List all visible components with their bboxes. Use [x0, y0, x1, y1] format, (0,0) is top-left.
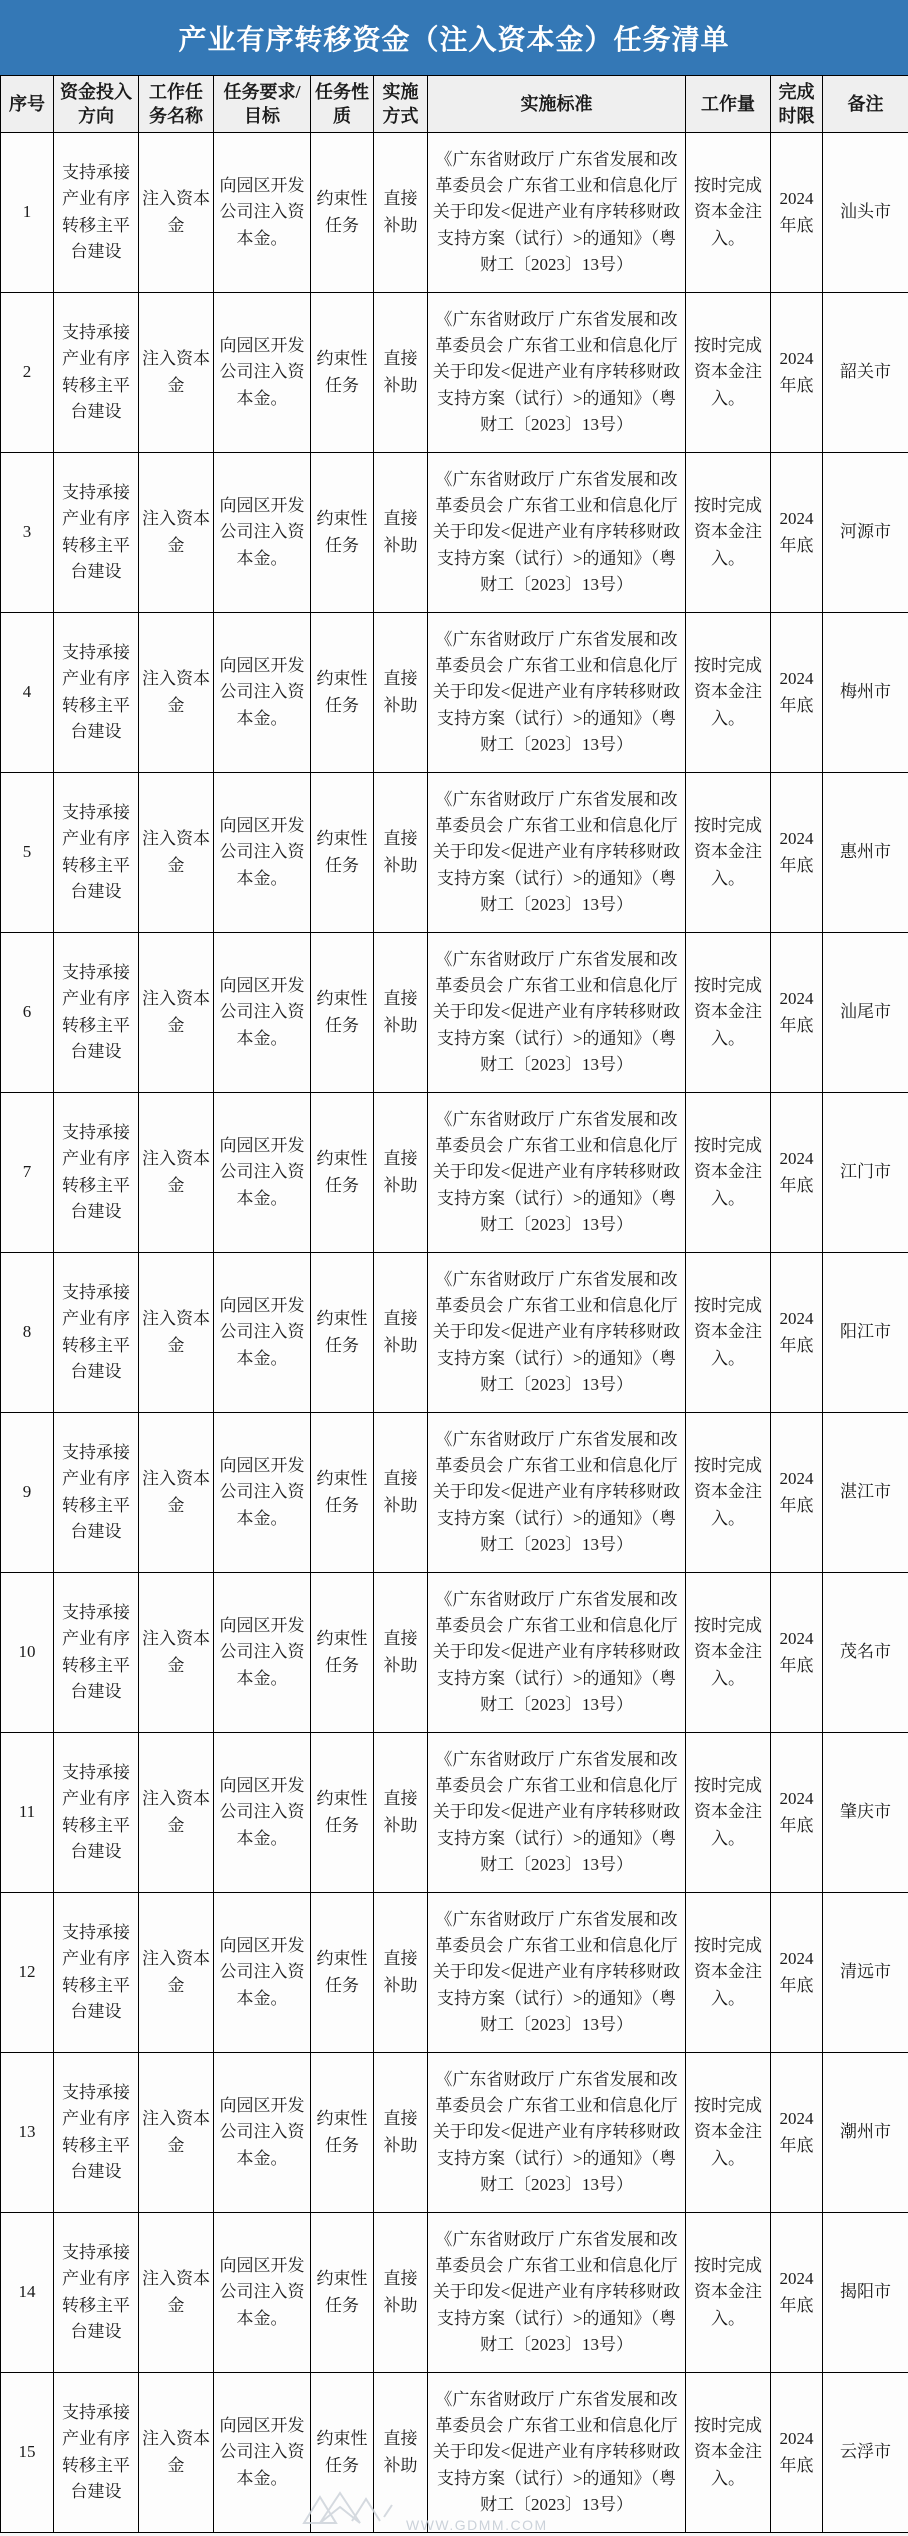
cell-direction: 支持承接产业有序转移主平台建设 — [54, 933, 139, 1093]
cell-goal: 向园区开发公司注入资本金。 — [214, 1733, 311, 1893]
cell-direction: 支持承接产业有序转移主平台建设 — [54, 1573, 139, 1733]
cell-deadline: 2024年底 — [771, 133, 823, 293]
cell-nature: 约束性任务 — [311, 1893, 374, 2053]
cell-goal: 向园区开发公司注入资本金。 — [214, 1413, 311, 1573]
cell-workload: 按时完成资本金注入。 — [686, 773, 771, 933]
table-row: 5支持承接产业有序转移主平台建设注入资本金向园区开发公司注入资本金。约束性任务直… — [1, 773, 908, 933]
cell-direction: 支持承接产业有序转移主平台建设 — [54, 2213, 139, 2373]
cell-remark: 韶关市 — [823, 293, 908, 453]
cell-nature: 约束性任务 — [311, 773, 374, 933]
cell-standard: 《广东省财政厅 广东省发展和改革委员会 广东省工业和信息化厅关于印发<促进产业有… — [428, 1573, 686, 1733]
cell-workload: 按时完成资本金注入。 — [686, 1093, 771, 1253]
table-row: 2支持承接产业有序转移主平台建设注入资本金向园区开发公司注入资本金。约束性任务直… — [1, 293, 908, 453]
cell-index: 11 — [1, 1733, 54, 1893]
task-table: 序号资金投入方向工作任务名称任务要求/目标任务性质实施方式实施标准工作量完成时限… — [0, 75, 908, 2533]
cell-method: 直接补助 — [374, 2373, 428, 2533]
cell-standard: 《广东省财政厅 广东省发展和改革委员会 广东省工业和信息化厅关于印发<促进产业有… — [428, 1093, 686, 1253]
cell-nature: 约束性任务 — [311, 453, 374, 613]
cell-index: 10 — [1, 1573, 54, 1733]
cell-remark: 惠州市 — [823, 773, 908, 933]
cell-task_name: 注入资本金 — [139, 1253, 214, 1413]
cell-goal: 向园区开发公司注入资本金。 — [214, 2373, 311, 2533]
cell-standard: 《广东省财政厅 广东省发展和改革委员会 广东省工业和信息化厅关于印发<促进产业有… — [428, 133, 686, 293]
cell-workload: 按时完成资本金注入。 — [686, 1413, 771, 1573]
cell-goal: 向园区开发公司注入资本金。 — [214, 773, 311, 933]
column-header-nature: 任务性质 — [311, 76, 374, 133]
cell-deadline: 2024年底 — [771, 2213, 823, 2373]
cell-index: 14 — [1, 2213, 54, 2373]
cell-task_name: 注入资本金 — [139, 293, 214, 453]
cell-standard: 《广东省财政厅 广东省发展和改革委员会 广东省工业和信息化厅关于印发<促进产业有… — [428, 2373, 686, 2533]
cell-direction: 支持承接产业有序转移主平台建设 — [54, 293, 139, 453]
column-header-standard: 实施标准 — [428, 76, 686, 133]
cell-deadline: 2024年底 — [771, 1413, 823, 1573]
table-row: 7支持承接产业有序转移主平台建设注入资本金向园区开发公司注入资本金。约束性任务直… — [1, 1093, 908, 1253]
cell-standard: 《广东省财政厅 广东省发展和改革委员会 广东省工业和信息化厅关于印发<促进产业有… — [428, 2053, 686, 2213]
cell-nature: 约束性任务 — [311, 293, 374, 453]
cell-deadline: 2024年底 — [771, 773, 823, 933]
cell-index: 8 — [1, 1253, 54, 1413]
column-header-direction: 资金投入方向 — [54, 76, 139, 133]
cell-direction: 支持承接产业有序转移主平台建设 — [54, 2053, 139, 2213]
cell-deadline: 2024年底 — [771, 2053, 823, 2213]
cell-standard: 《广东省财政厅 广东省发展和改革委员会 广东省工业和信息化厅关于印发<促进产业有… — [428, 1413, 686, 1573]
table-row: 6支持承接产业有序转移主平台建设注入资本金向园区开发公司注入资本金。约束性任务直… — [1, 933, 908, 1093]
cell-deadline: 2024年底 — [771, 1253, 823, 1413]
cell-remark: 汕头市 — [823, 133, 908, 293]
document-page: 产业有序转移资金（注入资本金）任务清单 序号资金投入方向工作任务名称任务要求/目… — [0, 0, 908, 2536]
table-row: 15支持承接产业有序转移主平台建设注入资本金向园区开发公司注入资本金。约束性任务… — [1, 2373, 908, 2533]
cell-standard: 《广东省财政厅 广东省发展和改革委员会 广东省工业和信息化厅关于印发<促进产业有… — [428, 933, 686, 1093]
cell-standard: 《广东省财政厅 广东省发展和改革委员会 广东省工业和信息化厅关于印发<促进产业有… — [428, 1733, 686, 1893]
cell-method: 直接补助 — [374, 1573, 428, 1733]
cell-method: 直接补助 — [374, 1893, 428, 2053]
cell-deadline: 2024年底 — [771, 1733, 823, 1893]
cell-nature: 约束性任务 — [311, 2053, 374, 2213]
cell-remark: 江门市 — [823, 1093, 908, 1253]
cell-method: 直接补助 — [374, 1093, 428, 1253]
cell-remark: 阳江市 — [823, 1253, 908, 1413]
cell-index: 5 — [1, 773, 54, 933]
cell-nature: 约束性任务 — [311, 933, 374, 1093]
cell-workload: 按时完成资本金注入。 — [686, 1253, 771, 1413]
cell-nature: 约束性任务 — [311, 133, 374, 293]
cell-task_name: 注入资本金 — [139, 2373, 214, 2533]
table-row: 11支持承接产业有序转移主平台建设注入资本金向园区开发公司注入资本金。约束性任务… — [1, 1733, 908, 1893]
table-row: 4支持承接产业有序转移主平台建设注入资本金向园区开发公司注入资本金。约束性任务直… — [1, 613, 908, 773]
cell-remark: 清远市 — [823, 1893, 908, 2053]
cell-direction: 支持承接产业有序转移主平台建设 — [54, 613, 139, 773]
column-header-deadline: 完成时限 — [771, 76, 823, 133]
cell-remark: 汕尾市 — [823, 933, 908, 1093]
cell-direction: 支持承接产业有序转移主平台建设 — [54, 2373, 139, 2533]
cell-method: 直接补助 — [374, 133, 428, 293]
cell-task_name: 注入资本金 — [139, 2213, 214, 2373]
cell-remark: 梅州市 — [823, 613, 908, 773]
cell-remark: 云浮市 — [823, 2373, 908, 2533]
cell-standard: 《广东省财政厅 广东省发展和改革委员会 广东省工业和信息化厅关于印发<促进产业有… — [428, 613, 686, 773]
cell-direction: 支持承接产业有序转移主平台建设 — [54, 1253, 139, 1413]
cell-method: 直接补助 — [374, 293, 428, 453]
cell-task_name: 注入资本金 — [139, 773, 214, 933]
cell-remark: 河源市 — [823, 453, 908, 613]
column-header-remark: 备注 — [823, 76, 908, 133]
cell-remark: 揭阳市 — [823, 2213, 908, 2373]
cell-goal: 向园区开发公司注入资本金。 — [214, 1253, 311, 1413]
cell-direction: 支持承接产业有序转移主平台建设 — [54, 133, 139, 293]
cell-deadline: 2024年底 — [771, 1093, 823, 1253]
cell-standard: 《广东省财政厅 广东省发展和改革委员会 广东省工业和信息化厅关于印发<促进产业有… — [428, 2213, 686, 2373]
cell-goal: 向园区开发公司注入资本金。 — [214, 133, 311, 293]
cell-nature: 约束性任务 — [311, 1093, 374, 1253]
cell-goal: 向园区开发公司注入资本金。 — [214, 453, 311, 613]
cell-method: 直接补助 — [374, 1733, 428, 1893]
cell-method: 直接补助 — [374, 773, 428, 933]
cell-index: 15 — [1, 2373, 54, 2533]
cell-remark: 湛江市 — [823, 1413, 908, 1573]
column-header-index: 序号 — [1, 76, 54, 133]
cell-goal: 向园区开发公司注入资本金。 — [214, 1573, 311, 1733]
cell-direction: 支持承接产业有序转移主平台建设 — [54, 1093, 139, 1253]
cell-method: 直接补助 — [374, 2053, 428, 2213]
cell-nature: 约束性任务 — [311, 2213, 374, 2373]
cell-workload: 按时完成资本金注入。 — [686, 1733, 771, 1893]
column-header-method: 实施方式 — [374, 76, 428, 133]
cell-nature: 约束性任务 — [311, 1413, 374, 1573]
table-row: 10支持承接产业有序转移主平台建设注入资本金向园区开发公司注入资本金。约束性任务… — [1, 1573, 908, 1733]
cell-task_name: 注入资本金 — [139, 613, 214, 773]
cell-workload: 按时完成资本金注入。 — [686, 613, 771, 773]
cell-direction: 支持承接产业有序转移主平台建设 — [54, 1893, 139, 2053]
cell-task_name: 注入资本金 — [139, 1733, 214, 1893]
cell-index: 9 — [1, 1413, 54, 1573]
cell-standard: 《广东省财政厅 广东省发展和改革委员会 广东省工业和信息化厅关于印发<促进产业有… — [428, 1893, 686, 2053]
cell-direction: 支持承接产业有序转移主平台建设 — [54, 773, 139, 933]
cell-task_name: 注入资本金 — [139, 1093, 214, 1253]
cell-goal: 向园区开发公司注入资本金。 — [214, 293, 311, 453]
cell-deadline: 2024年底 — [771, 2373, 823, 2533]
title-bar: 产业有序转移资金（注入资本金）任务清单 — [0, 0, 908, 75]
cell-task_name: 注入资本金 — [139, 1893, 214, 2053]
cell-method: 直接补助 — [374, 613, 428, 773]
cell-nature: 约束性任务 — [311, 1733, 374, 1893]
cell-deadline: 2024年底 — [771, 613, 823, 773]
cell-index: 4 — [1, 613, 54, 773]
cell-deadline: 2024年底 — [771, 1893, 823, 2053]
cell-task_name: 注入资本金 — [139, 453, 214, 613]
cell-standard: 《广东省财政厅 广东省发展和改革委员会 广东省工业和信息化厅关于印发<促进产业有… — [428, 1253, 686, 1413]
cell-direction: 支持承接产业有序转移主平台建设 — [54, 453, 139, 613]
cell-deadline: 2024年底 — [771, 933, 823, 1093]
cell-standard: 《广东省财政厅 广东省发展和改革委员会 广东省工业和信息化厅关于印发<促进产业有… — [428, 293, 686, 453]
cell-workload: 按时完成资本金注入。 — [686, 293, 771, 453]
cell-deadline: 2024年底 — [771, 293, 823, 453]
cell-method: 直接补助 — [374, 933, 428, 1093]
cell-deadline: 2024年底 — [771, 1573, 823, 1733]
cell-workload: 按时完成资本金注入。 — [686, 2213, 771, 2373]
cell-standard: 《广东省财政厅 广东省发展和改革委员会 广东省工业和信息化厅关于印发<促进产业有… — [428, 773, 686, 933]
column-header-task_name: 工作任务名称 — [139, 76, 214, 133]
cell-task_name: 注入资本金 — [139, 933, 214, 1093]
cell-task_name: 注入资本金 — [139, 1413, 214, 1573]
cell-index: 6 — [1, 933, 54, 1093]
cell-deadline: 2024年底 — [771, 453, 823, 613]
cell-index: 3 — [1, 453, 54, 613]
cell-workload: 按时完成资本金注入。 — [686, 453, 771, 613]
cell-workload: 按时完成资本金注入。 — [686, 133, 771, 293]
cell-remark: 肇庆市 — [823, 1733, 908, 1893]
cell-task_name: 注入资本金 — [139, 1573, 214, 1733]
cell-direction: 支持承接产业有序转移主平台建设 — [54, 1733, 139, 1893]
cell-goal: 向园区开发公司注入资本金。 — [214, 613, 311, 773]
cell-workload: 按时完成资本金注入。 — [686, 933, 771, 1093]
cell-standard: 《广东省财政厅 广东省发展和改革委员会 广东省工业和信息化厅关于印发<促进产业有… — [428, 453, 686, 613]
cell-nature: 约束性任务 — [311, 1253, 374, 1413]
cell-index: 2 — [1, 293, 54, 453]
cell-workload: 按时完成资本金注入。 — [686, 2053, 771, 2213]
cell-remark: 潮州市 — [823, 2053, 908, 2213]
cell-method: 直接补助 — [374, 453, 428, 613]
cell-task_name: 注入资本金 — [139, 2053, 214, 2213]
table-row: 14支持承接产业有序转移主平台建设注入资本金向园区开发公司注入资本金。约束性任务… — [1, 2213, 908, 2373]
cell-goal: 向园区开发公司注入资本金。 — [214, 1893, 311, 2053]
table-row: 3支持承接产业有序转移主平台建设注入资本金向园区开发公司注入资本金。约束性任务直… — [1, 453, 908, 613]
table-row: 13支持承接产业有序转移主平台建设注入资本金向园区开发公司注入资本金。约束性任务… — [1, 2053, 908, 2213]
cell-method: 直接补助 — [374, 1413, 428, 1573]
cell-index: 1 — [1, 133, 54, 293]
cell-direction: 支持承接产业有序转移主平台建设 — [54, 1413, 139, 1573]
cell-goal: 向园区开发公司注入资本金。 — [214, 2213, 311, 2373]
cell-task_name: 注入资本金 — [139, 133, 214, 293]
cell-workload: 按时完成资本金注入。 — [686, 1893, 771, 2053]
cell-index: 13 — [1, 2053, 54, 2213]
cell-goal: 向园区开发公司注入资本金。 — [214, 1093, 311, 1253]
cell-method: 直接补助 — [374, 2213, 428, 2373]
cell-goal: 向园区开发公司注入资本金。 — [214, 2053, 311, 2213]
table-header-row: 序号资金投入方向工作任务名称任务要求/目标任务性质实施方式实施标准工作量完成时限… — [1, 76, 908, 133]
table-row: 8支持承接产业有序转移主平台建设注入资本金向园区开发公司注入资本金。约束性任务直… — [1, 1253, 908, 1413]
cell-nature: 约束性任务 — [311, 2373, 374, 2533]
page-title: 产业有序转移资金（注入资本金）任务清单 — [178, 18, 729, 58]
table-row: 1支持承接产业有序转移主平台建设注入资本金向园区开发公司注入资本金。约束性任务直… — [1, 133, 908, 293]
cell-index: 12 — [1, 1893, 54, 2053]
cell-method: 直接补助 — [374, 1253, 428, 1413]
cell-workload: 按时完成资本金注入。 — [686, 1573, 771, 1733]
column-header-goal: 任务要求/目标 — [214, 76, 311, 133]
cell-workload: 按时完成资本金注入。 — [686, 2373, 771, 2533]
column-header-workload: 工作量 — [686, 76, 771, 133]
cell-nature: 约束性任务 — [311, 613, 374, 773]
cell-goal: 向园区开发公司注入资本金。 — [214, 933, 311, 1093]
table-row: 9支持承接产业有序转移主平台建设注入资本金向园区开发公司注入资本金。约束性任务直… — [1, 1413, 908, 1573]
table-row: 12支持承接产业有序转移主平台建设注入资本金向园区开发公司注入资本金。约束性任务… — [1, 1893, 908, 2053]
cell-index: 7 — [1, 1093, 54, 1253]
cell-nature: 约束性任务 — [311, 1573, 374, 1733]
cell-remark: 茂名市 — [823, 1573, 908, 1733]
